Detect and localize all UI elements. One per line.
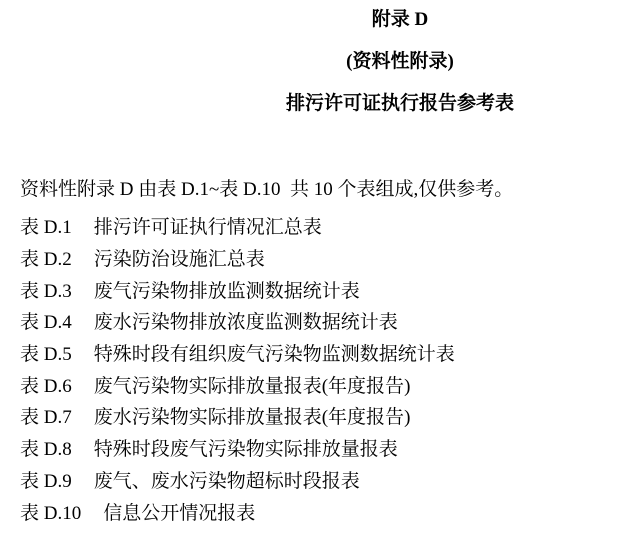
table-title: 废水污染物排放浓度监测数据统计表 xyxy=(94,307,398,334)
table-list-item: 表 D.4废水污染物排放浓度监测数据统计表 xyxy=(20,305,640,337)
appendix-heading-block: 附录 D (资料性附录) 排污许可证执行报告参考表 xyxy=(160,9,640,115)
table-list-item: 表 D.7废水污染物实际排放量报表(年度报告) xyxy=(20,400,640,432)
appendix-title: 附录 D xyxy=(160,9,640,31)
table-list-item: 表 D.2污染防治设施汇总表 xyxy=(20,242,640,274)
table-title: 信息公开情况报表 xyxy=(103,498,255,525)
table-label: 表 D.1 xyxy=(20,212,72,239)
table-title: 特殊时段有组织废气污染物监测数据统计表 xyxy=(94,339,455,366)
table-list-item: 表 D.9废气、废水污染物超标时段报表 xyxy=(20,464,640,496)
table-title: 废水污染物实际排放量报表(年度报告) xyxy=(94,402,411,429)
table-label: 表 D.8 xyxy=(20,434,72,461)
table-label: 表 D.10 xyxy=(20,498,81,525)
table-label: 表 D.2 xyxy=(20,244,72,271)
table-list-item: 表 D.1排污许可证执行情况汇总表 xyxy=(20,210,640,242)
appendix-table-title: 排污许可证执行报告参考表 xyxy=(160,93,640,115)
table-title: 污染防治设施汇总表 xyxy=(94,244,265,271)
table-label: 表 D.5 xyxy=(20,339,72,366)
table-title: 废气污染物排放监测数据统计表 xyxy=(94,276,360,303)
table-title: 特殊时段废气污染物实际排放量报表 xyxy=(94,434,398,461)
table-label: 表 D.9 xyxy=(20,466,72,493)
table-list-item: 表 D.3废气污染物排放监测数据统计表 xyxy=(20,273,640,305)
document-page: 附录 D (资料性附录) 排污许可证执行报告参考表 资料性附录 D 由表 D.1… xyxy=(0,0,640,546)
table-title: 废气污染物实际排放量报表(年度报告) xyxy=(94,371,411,398)
table-title: 废气、废水污染物超标时段报表 xyxy=(94,466,360,493)
appendix-subtitle: (资料性附录) xyxy=(160,51,640,73)
table-list-item: 表 D.5特殊时段有组织废气污染物监测数据统计表 xyxy=(20,337,640,369)
table-list-item: 表 D.6废气污染物实际排放量报表(年度报告) xyxy=(20,368,640,400)
table-list: 表 D.1排污许可证执行情况汇总表表 D.2污染防治设施汇总表表 D.3废气污染… xyxy=(20,210,640,527)
table-label: 表 D.7 xyxy=(20,402,72,429)
table-list-item: 表 D.10信息公开情况报表 xyxy=(20,495,640,527)
table-label: 表 D.4 xyxy=(20,307,72,334)
intro-paragraph: 资料性附录 D 由表 D.1~表 D.10 共 10 个表组成,仅供参考。 xyxy=(20,179,640,201)
table-label: 表 D.6 xyxy=(20,371,72,398)
table-list-item: 表 D.8特殊时段废气污染物实际排放量报表 xyxy=(20,432,640,464)
table-title: 排污许可证执行情况汇总表 xyxy=(94,212,322,239)
table-label: 表 D.3 xyxy=(20,276,72,303)
